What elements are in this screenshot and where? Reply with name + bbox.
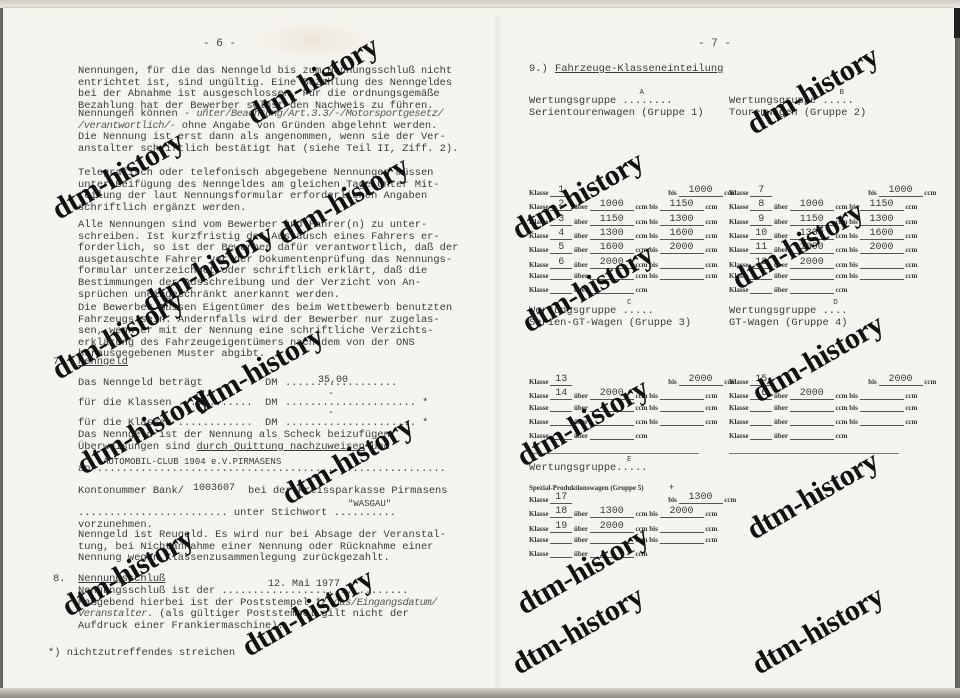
ccm-label: ccm [835, 218, 847, 226]
class-fee-1-value: - [328, 389, 334, 400]
ueber-label: über [774, 392, 788, 400]
text-line: Nennung wegen Klassenzusammenlegung zurü… [78, 553, 390, 565]
class-fee-2-label: für die Klassen ............ [78, 418, 253, 430]
closing-date-value: 12. Mai 1977 [268, 579, 340, 590]
class-row: Klasse 18 über 1300 ccm bis 2000 ccm [529, 507, 717, 518]
class-fee-1-currency: DM [265, 398, 277, 410]
ccm-label: ccm [635, 286, 647, 294]
ccm-label: ccm [635, 261, 647, 269]
ueber-value: 2000 [590, 258, 634, 269]
bis-label: bis [649, 203, 658, 211]
ueber-label: über [574, 286, 588, 294]
ueber-label: über [574, 246, 588, 254]
class-row: Klasse über ccm bis ccm [729, 418, 917, 426]
klasse-label: Klasse [529, 378, 548, 386]
bis-label: bis [649, 392, 658, 400]
klasse-label: Klasse [529, 404, 548, 412]
ccm-label: ccm [905, 272, 917, 280]
ccm-label: ccm [835, 261, 847, 269]
text-line: Bestimmungen der Ausschreibung und der V… [78, 278, 421, 290]
bis-label: bis [668, 189, 677, 197]
text-line: Alle Nennungen sind vom Bewerber und Fah… [78, 220, 427, 232]
ueber-label: über [774, 261, 788, 269]
klasse-label: Klasse [529, 232, 548, 240]
ueber-value [790, 411, 834, 412]
klasse-label: Klasse [729, 218, 748, 226]
footnote: *) nichtzutreffendes streichen [48, 648, 235, 660]
class-row: Klasse 4 über 1300 ccm bis 1600 ccm [529, 229, 717, 240]
ueber-label: über [574, 392, 588, 400]
bis-label: bis [649, 272, 658, 280]
bis-value [660, 399, 704, 400]
ueber-value [790, 293, 834, 294]
ueber-value: 2000 [590, 522, 634, 533]
bis-value: 1600 [860, 229, 904, 240]
group-heading-label: Wertungsgruppe .. [729, 305, 835, 317]
class-row: Klasse 17bis 1300 ccm [529, 493, 736, 504]
klasse-number: 13 [550, 375, 572, 386]
bis-label: bis [649, 525, 658, 533]
class-row: Klasse über ccm bis ccm [729, 272, 917, 280]
watermark: dtm-history [741, 39, 885, 142]
bis-value: 2000 [879, 375, 923, 386]
klasse-number [550, 557, 572, 558]
bis-value: 2000 [860, 243, 904, 254]
ueber-label: über [774, 286, 788, 294]
bis-value: 1300 [660, 215, 704, 226]
klasse-label: Klasse [729, 203, 748, 211]
ccm-label: ccm [705, 203, 717, 211]
klasse-label: Klasse [729, 189, 748, 197]
class-row: Klasse 19 über 2000 ccm bis ccm [529, 522, 717, 533]
group-id: C [627, 299, 632, 307]
klasse-label: Klasse [529, 261, 548, 269]
class-row: Klasse 8 über 1000 ccm bis 1150 ccm [729, 200, 917, 211]
group-subtitle: Serien-GT-Wagen (Gruppe 3) [529, 318, 691, 330]
ccm-label: ccm [835, 432, 847, 440]
klasse-label: Klasse [729, 246, 748, 254]
klasse-number: 19 [550, 522, 572, 533]
group-id: B [840, 89, 845, 97]
bis-value: 2000 [679, 375, 723, 386]
ueber-value: 1600 [590, 243, 634, 254]
class-row: Klasse über ccm [729, 432, 848, 440]
klasse-label: Klasse [529, 246, 548, 254]
bis-label: bis [649, 232, 658, 240]
ccm-label: ccm [705, 418, 717, 426]
text-line: Telegrafisch oder telefonisch abgegebene… [78, 168, 433, 180]
klasse-number: 6 [550, 258, 572, 269]
klasse-number [550, 425, 572, 426]
account-bank: bei der Kreissparkasse Pirmasens [248, 486, 448, 498]
ccm-label: ccm [724, 496, 736, 504]
klasse-number: 1 [550, 186, 572, 197]
ueber-label: über [574, 261, 588, 269]
ueber-value: 2000 [790, 258, 834, 269]
bis-label: bis [849, 218, 858, 226]
bis-label: bis [649, 536, 658, 544]
group-subtitle: Tourenwagen (Gruppe 2) [729, 108, 866, 120]
klasse-label: Klasse [729, 272, 748, 280]
paragraph-rejection-line4: anstalter schriftlich bestätigt hat (sie… [78, 144, 458, 156]
ccm-label: ccm [705, 404, 717, 412]
ccm-label: ccm [635, 232, 647, 240]
bis-label: bis [649, 510, 658, 518]
ueber-label: über [574, 536, 588, 544]
ueber-value [790, 439, 834, 440]
transfer-line: Überweisungen sind durch Quittung nachzu… [78, 442, 390, 454]
ueber-value [790, 425, 834, 426]
klasse-label: Klasse [529, 496, 548, 504]
ueber-label: über [774, 203, 788, 211]
section-7-title: Nenngeld [78, 357, 128, 369]
ccm-label: ccm [635, 392, 647, 400]
postmark-line3: Aufdruck einer Frankiermaschine). [78, 621, 284, 633]
bis-value: 1000 [679, 186, 723, 197]
paper-stain [253, 20, 373, 60]
ueber-label: über [574, 550, 588, 558]
group-divider [729, 453, 899, 454]
bis-label: bis [668, 378, 677, 386]
ccm-label: ccm [905, 404, 917, 412]
text-line: Nenngeld ist Reugeld. Es wird nur bei Ab… [78, 530, 446, 542]
klasse-label: Klasse [529, 203, 548, 211]
class-row: Klasse 13bis 2000 ccm [529, 375, 736, 386]
scan-side-edge [954, 8, 960, 38]
bis-label: bis [849, 272, 858, 280]
scan-bottom-edge [0, 688, 960, 698]
bis-label: bis [849, 418, 858, 426]
ccm-label: ccm [835, 392, 847, 400]
group-heading-tail: .... [629, 305, 654, 317]
bis-value [860, 279, 904, 280]
group-subtitle: GT-Wagen (Gruppe 4) [729, 318, 847, 330]
ccm-label: ccm [705, 536, 717, 544]
group-heading: Wertungsgruppe .... [729, 306, 848, 318]
ccm-label: ccm [905, 218, 917, 226]
bis-value: 1150 [860, 200, 904, 211]
ccm-label: ccm [835, 286, 847, 294]
ueber-label: über [574, 232, 588, 240]
klasse-number [550, 439, 572, 440]
ccm-label: ccm [635, 550, 647, 558]
bis-value [860, 268, 904, 269]
ueber-label: über [574, 203, 588, 211]
ueber-label: über [774, 404, 788, 412]
ueber-label: über [574, 525, 588, 533]
bis-label: bis [649, 261, 658, 269]
ccm-label: ccm [705, 272, 717, 280]
class-row: Klasse 11 über 1600 ccm bis 2000 ccm [729, 243, 917, 254]
bis-value: 1150 [660, 200, 704, 211]
class-row: Klasse 10 über 1300 ccm bis 1600 ccm [729, 229, 917, 240]
klasse-number [550, 293, 572, 294]
ueber-value: 1150 [790, 215, 834, 226]
class-row: Klasse über ccm [529, 432, 648, 440]
section-9-number: 9.) [529, 64, 548, 76]
class-row: Klasse 5 über 1600 ccm bis 2000 ccm [529, 243, 717, 254]
bis-label: bis [849, 404, 858, 412]
ueber-value: 1150 [590, 215, 634, 226]
klasse-number: 10 [750, 229, 772, 240]
ueber-value [590, 411, 634, 412]
klasse-label: Klasse [729, 261, 748, 269]
bis-value [660, 279, 704, 280]
class-row: Klasse 16 über 2000 ccm bis ccm [729, 389, 917, 400]
ccm-label: ccm [835, 203, 847, 211]
ueber-label: über [774, 272, 788, 280]
class-fee-2-value: - [328, 408, 334, 419]
class-fee-1-dots: ..................... * [285, 398, 428, 410]
group-heading-label: Wertungsgruppe . [529, 305, 629, 317]
page-number: - 7 - [698, 38, 731, 50]
ueber-value: 1300 [590, 507, 634, 518]
klasse-label: Klasse [729, 418, 748, 426]
page-number: - 6 - [203, 38, 236, 50]
klasse-label: Klasse [529, 392, 548, 400]
klasse-label: Klasse [529, 550, 548, 558]
ccm-label: ccm [905, 203, 917, 211]
ccm-label: ccm [705, 218, 717, 226]
ueber-value [590, 279, 634, 280]
class-row: Klasse über ccm bis ccm [729, 404, 917, 412]
account-number: 1003607 [193, 483, 235, 494]
klasse-number [750, 279, 772, 280]
bis-value: 1600 [660, 229, 704, 240]
bis-value: 1300 [860, 215, 904, 226]
bis-value [860, 411, 904, 412]
ccm-label: ccm [835, 246, 847, 254]
class-row: Klasse über ccm bis ccm [529, 536, 717, 544]
ueber-value: 1300 [790, 229, 834, 240]
ueber-label: über [774, 218, 788, 226]
group-heading: Wertungsgruppe ..... [729, 96, 854, 108]
ccm-label: ccm [905, 246, 917, 254]
group-id: A [640, 89, 645, 97]
ccm-label: ccm [635, 536, 647, 544]
class-row: Klasse 2 über 1000 ccm bis 1150 ccm [529, 200, 717, 211]
watermark: dtm-history [506, 579, 650, 682]
ueber-value [590, 293, 634, 294]
klasse-label: Klasse [529, 272, 548, 280]
section-8-number: 8. [53, 574, 65, 586]
class-row: Klasse 9 über 1150 ccm bis 1300 ccm [729, 215, 917, 226]
class-row: Klasse über ccm bis ccm [529, 404, 717, 412]
klasse-number [550, 279, 572, 280]
ccm-label: ccm [835, 404, 847, 412]
ueber-label: über [574, 272, 588, 280]
klasse-number: 17 [550, 493, 572, 504]
klasse-label: Klasse [529, 432, 548, 440]
ccm-label: ccm [635, 246, 647, 254]
ccm-label: ccm [635, 432, 647, 440]
keyword-value: "WASGAU" [348, 499, 391, 509]
group-heading: Wertungsgruppe ........ [529, 96, 672, 108]
class-row: Klasse 12 über 2000 ccm bis ccm [729, 258, 917, 269]
scanned-document: - 6 - Nennungen, für die das Nenngeld bi… [3, 8, 955, 688]
ccm-label: ccm [705, 246, 717, 254]
class-row: Klasse 3 über 1150 ccm bis 1300 ccm [529, 215, 717, 226]
group-id: E [627, 456, 632, 464]
class-fee-2-currency: DM [265, 418, 277, 430]
ccm-label: ccm [705, 392, 717, 400]
bis-label: bis [849, 246, 858, 254]
ccm-label: ccm [705, 510, 717, 518]
klasse-number: 3 [550, 215, 572, 226]
class-fee-2-dots: ..................... * [285, 418, 428, 430]
ueber-label: über [774, 432, 788, 440]
class-row: Klasse 14 über 2000 ccm bis ccm [529, 389, 717, 400]
klasse-label: Klasse [729, 378, 748, 386]
klasse-number: 14 [550, 389, 572, 400]
recipient-value: AUTOMOBIL-CLUB 1904 e.V.PIRMASENS [103, 457, 281, 467]
klasse-label: Klasse [729, 286, 748, 294]
bis-label: bis [668, 496, 677, 504]
fee-currency: DM [265, 378, 277, 390]
klasse-number: 7 [750, 186, 772, 197]
ueber-value [790, 279, 834, 280]
ueber-label: über [774, 232, 788, 240]
section-9-title: Fahrzeuge-Klasseneinteilung [555, 64, 723, 76]
section-7-number: 7. [53, 357, 65, 369]
klasse-number [750, 439, 772, 440]
class-row: Klasse über ccm [529, 286, 648, 294]
bis-value [660, 411, 704, 412]
group-heading: Wertungsgruppe..... [529, 463, 648, 475]
fee-value: 35,00 [318, 375, 348, 386]
group-subtitle-mark: + [669, 482, 674, 492]
class-row: Klasse 1bis 1000 ccm [529, 186, 736, 197]
bis-label: bis [849, 261, 858, 269]
watermark: dtm-history [741, 444, 885, 547]
ueber-label: über [574, 404, 588, 412]
ccm-label: ccm [635, 418, 647, 426]
bis-value: 1000 [879, 186, 923, 197]
klasse-label: Klasse [729, 432, 748, 440]
class-row: Klasse über ccm bis ccm [529, 418, 717, 426]
ccm-label: ccm [705, 261, 717, 269]
text-line: Die Bewerber müssen Eigentümer des beim … [78, 303, 452, 315]
group-heading-label: Wertungsgruppe.. [529, 462, 629, 474]
bis-value [660, 268, 704, 269]
ccm-label: ccm [635, 272, 647, 280]
account-label: Kontonummer Bank/ [78, 486, 184, 498]
ueber-value [590, 425, 634, 426]
group-divider [529, 453, 699, 454]
page-fold [493, 16, 503, 696]
ccm-label: ccm [835, 232, 847, 240]
bis-label: bis [868, 378, 877, 386]
ccm-label: ccm [635, 525, 647, 533]
klasse-number: 15 [750, 375, 772, 386]
ueber-label: über [574, 218, 588, 226]
klasse-number: 18 [550, 507, 572, 518]
ueber-value: 2000 [790, 389, 834, 400]
bis-label: bis [849, 392, 858, 400]
klasse-number: 4 [550, 229, 572, 240]
class-row: Klasse über ccm [729, 286, 848, 294]
ueber-value: 1000 [590, 200, 634, 211]
bis-value: 2000 [660, 507, 704, 518]
ueber-value: 1300 [590, 229, 634, 240]
ccm-label: ccm [924, 378, 936, 386]
klasse-number: 9 [750, 215, 772, 226]
bis-label: bis [649, 404, 658, 412]
ueber-value [590, 543, 634, 544]
ueber-value [590, 557, 634, 558]
ueber-label: über [574, 510, 588, 518]
group-heading: Wertungsgruppe ..... [529, 306, 654, 318]
ccm-label: ccm [635, 218, 647, 226]
class-row: Klasse 6 über 2000 ccm bis ccm [529, 258, 717, 269]
class-row: Klasse 7bis 1000 ccm [729, 186, 936, 197]
ccm-label: ccm [905, 392, 917, 400]
klasse-label: Klasse [729, 392, 748, 400]
bis-label: bis [649, 218, 658, 226]
ccm-label: ccm [635, 203, 647, 211]
ccm-label: ccm [635, 404, 647, 412]
bis-value: 2000 [660, 243, 704, 254]
klasse-number: 8 [750, 200, 772, 211]
watermark: dtm-history [511, 519, 655, 622]
klasse-label: Klasse [529, 286, 548, 294]
group-subtitle: Serientourenwagen (Gruppe 1) [529, 108, 704, 120]
bis-value [860, 425, 904, 426]
klasse-label: Klasse [529, 510, 548, 518]
bis-value [660, 532, 704, 533]
klasse-number [750, 425, 772, 426]
text-line: Nennungen, für die das Nenngeld bis zum … [78, 66, 452, 78]
class-row: Klasse über ccm [529, 550, 648, 558]
bis-label: bis [649, 246, 658, 254]
class-row: Klasse 15bis 2000 ccm [729, 375, 936, 386]
scan-top-edge [0, 0, 960, 8]
klasse-number [550, 543, 572, 544]
klasse-label: Klasse [529, 536, 548, 544]
class-row: Klasse über ccm bis ccm [529, 272, 717, 280]
ccm-label: ccm [905, 418, 917, 426]
class-fee-1-label: für die Klassen ............ [78, 398, 253, 410]
klasse-number: 12 [750, 258, 772, 269]
klasse-label: Klasse [729, 232, 748, 240]
ueber-value: 1000 [790, 200, 834, 211]
klasse-number: 2 [550, 200, 572, 211]
ccm-label: ccm [705, 232, 717, 240]
klasse-label: Klasse [529, 189, 548, 197]
bis-value [660, 543, 704, 544]
bis-label: bis [649, 418, 658, 426]
watermark: dtm-history [746, 579, 890, 682]
section-8-title: Nennungsschluß [78, 574, 165, 586]
bis-label: bis [868, 189, 877, 197]
ueber-value: 2000 [590, 389, 634, 400]
klasse-number [750, 411, 772, 412]
ccm-label: ccm [924, 189, 936, 197]
fee-label: Das Nenngeld beträgt [78, 378, 203, 390]
text-line: schriftlich ergänzt werden. [78, 203, 246, 215]
ccm-label: ccm [905, 261, 917, 269]
ueber-label: über [574, 418, 588, 426]
ccm-label: ccm [905, 232, 917, 240]
ueber-label: über [774, 418, 788, 426]
group-heading-label: Wertungsgruppe ... [729, 95, 841, 107]
klasse-label: Klasse [529, 218, 548, 226]
ueber-label: über [574, 432, 588, 440]
group-subtitle: Spezial-Produktionswagen (Gruppe 5) [529, 484, 644, 492]
klasse-label: Klasse [529, 525, 548, 533]
klasse-number: 16 [750, 389, 772, 400]
klasse-number [750, 293, 772, 294]
